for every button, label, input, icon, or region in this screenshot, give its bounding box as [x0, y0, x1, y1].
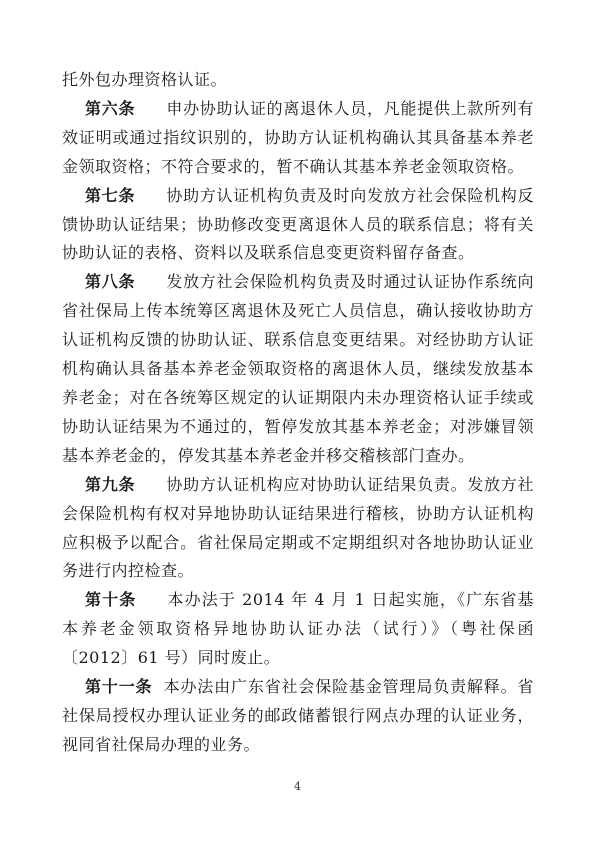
article-number: 第七条 — [85, 186, 135, 205]
paragraph-article-10: 第十条本办法于 2014 年 4 月 1 日起实施，《广东省基本养老金领取资格异… — [62, 586, 534, 673]
document-page: 托外包办理资格认证。 第六条申办协助认证的离退休人员，凡能提供上款所列有效证明或… — [0, 0, 595, 842]
article-number: 第九条 — [85, 475, 135, 494]
paragraph-article-11: 第十一条本办法由广东省社会保险基金管理局负责解释。省社保局授权办理认证业务的邮政… — [62, 673, 534, 760]
paragraph-text: 发放方社会保险机构负责及时通过认证协作系统向省社保局上传本统筹区离退休及死亡人员… — [62, 272, 534, 464]
page-number: 4 — [0, 780, 595, 793]
paragraph-article-9: 第九条协助方认证机构应对协助认证结果负责。发放方社会保险机构有权对异地协助认证结… — [62, 471, 534, 587]
article-number: 第十一条 — [85, 677, 152, 696]
paragraph-continuation: 托外包办理资格认证。 — [62, 66, 534, 95]
document-body: 托外包办理资格认证。 第六条申办协助认证的离退休人员，凡能提供上款所列有效证明或… — [62, 66, 534, 760]
article-number: 第六条 — [85, 99, 135, 118]
paragraph-article-6: 第六条申办协助认证的离退休人员，凡能提供上款所列有效证明或通过指纹识别的，协助方… — [62, 95, 534, 182]
paragraph-article-7: 第七条协助方认证机构负责及时向发放方社会保险机构反馈协助认证结果；协助修改变更离… — [62, 182, 534, 269]
paragraph-text: 托外包办理资格认证。 — [62, 70, 227, 89]
article-number: 第十条 — [85, 590, 136, 609]
paragraph-article-8: 第八条发放方社会保险机构负责及时通过认证协作系统向省社保局上传本统筹区离退休及死… — [62, 268, 534, 470]
article-number: 第八条 — [85, 272, 135, 291]
